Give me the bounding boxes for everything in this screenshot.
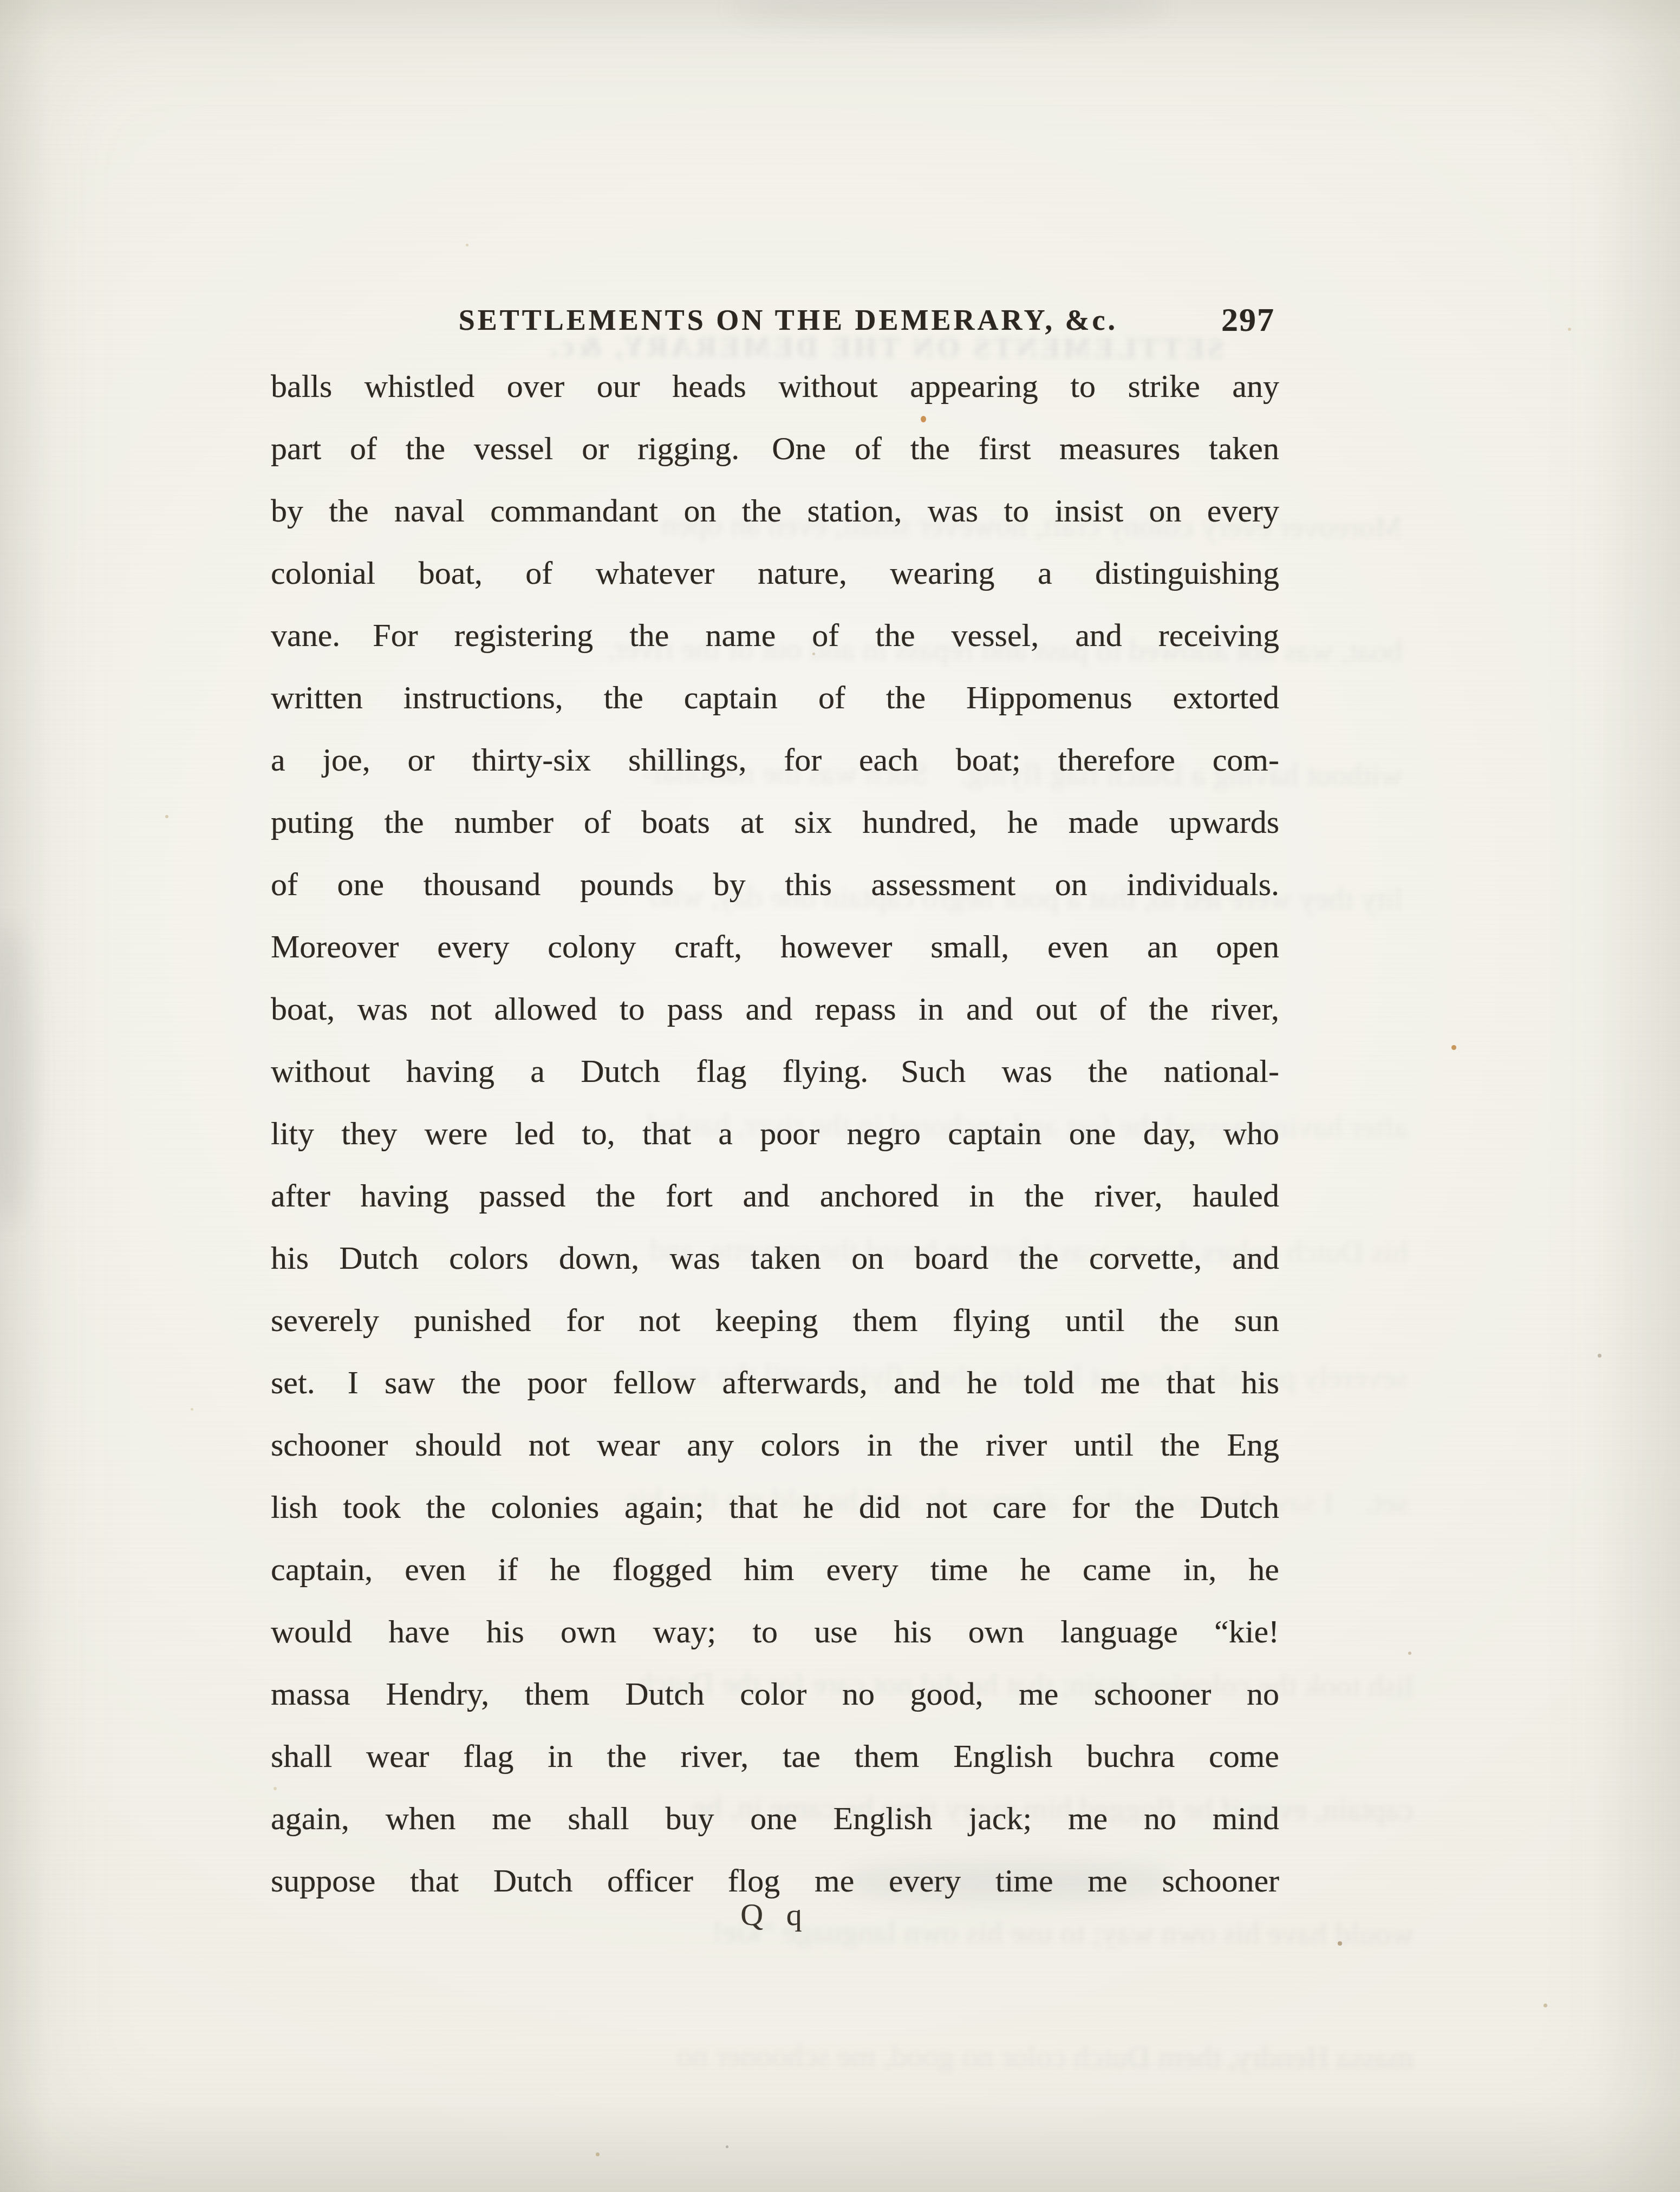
page-header: SETTLEMENTS ON THE DEMERARY, &c. 297	[271, 303, 1279, 355]
text-line: lity they were led to, that a poor negro…	[271, 1102, 1279, 1165]
book-page: SETTLEMENTS ON THE DEMERARY, &c. Moreove…	[0, 0, 1680, 2192]
signature-mark: Q q	[271, 1896, 1279, 1933]
text-line: part of the vessel or rigging. One of th…	[271, 417, 1279, 480]
text-line: a joe, or thirty-six shillings, for each…	[271, 729, 1279, 791]
foxing-spot	[466, 244, 468, 246]
foxing-spot	[1568, 328, 1571, 331]
text-line: severely punished for not keeping them f…	[271, 1289, 1279, 1352]
text-line: boat, was not allowed to pass and repass…	[271, 978, 1279, 1040]
foxing-spot	[1451, 1045, 1456, 1050]
text-line: puting the number of boats at six hundre…	[271, 791, 1279, 853]
text-line: again, when me shall buy one English jac…	[271, 1787, 1279, 1850]
foxing-spot	[726, 2145, 728, 2148]
text-line: colonial boat, of whatever nature, weari…	[271, 542, 1279, 604]
text-line: after having passed the fort and anchore…	[271, 1165, 1279, 1227]
foxing-spot	[596, 2152, 600, 2156]
scan-smudge	[731, 0, 1164, 27]
text-line: lish took the colonies again; that he di…	[271, 1476, 1279, 1538]
foxing-spot	[1598, 1354, 1601, 1358]
text-line: Moreover every colony craft, however sma…	[271, 916, 1279, 978]
text-line: set. I saw the poor fellow afterwards, a…	[271, 1352, 1279, 1414]
foxing-spot	[1338, 1941, 1342, 1946]
foxing-spot	[1408, 1652, 1411, 1655]
scan-smudge	[0, 921, 32, 1224]
page-number: 297	[1221, 301, 1275, 340]
text-line: schooner should not wear any colors in t…	[271, 1414, 1279, 1476]
text-line: would have his own way; to use his own l…	[271, 1601, 1279, 1663]
text-line: of one thousand pounds by this assessmen…	[271, 853, 1279, 916]
foxing-spot	[165, 815, 168, 818]
text-line: massa Hendry, them Dutch color no good, …	[271, 1663, 1279, 1725]
foxing-spot	[1544, 2004, 1547, 2007]
text-line: his Dutch colors down, was taken on boar…	[271, 1227, 1279, 1289]
text-line: written instructions, the captain of the…	[271, 667, 1279, 729]
text-line: without having a Dutch flag flying. Such…	[271, 1040, 1279, 1102]
foxing-spot	[191, 1408, 193, 1411]
text-line: by the naval commandant on the station, …	[271, 480, 1279, 542]
text-line: shall wear flag in the river, tae them E…	[271, 1725, 1279, 1787]
text-line: balls whistled over our heads without ap…	[271, 355, 1279, 417]
running-title: SETTLEMENTS ON THE DEMERARY, &c.	[459, 303, 1118, 337]
body-text: balls whistled over our heads without ap…	[271, 355, 1279, 1912]
text-line: captain, even if he flogged him every ti…	[271, 1538, 1279, 1601]
text-line: vane. For registering the name of the ve…	[271, 604, 1279, 667]
